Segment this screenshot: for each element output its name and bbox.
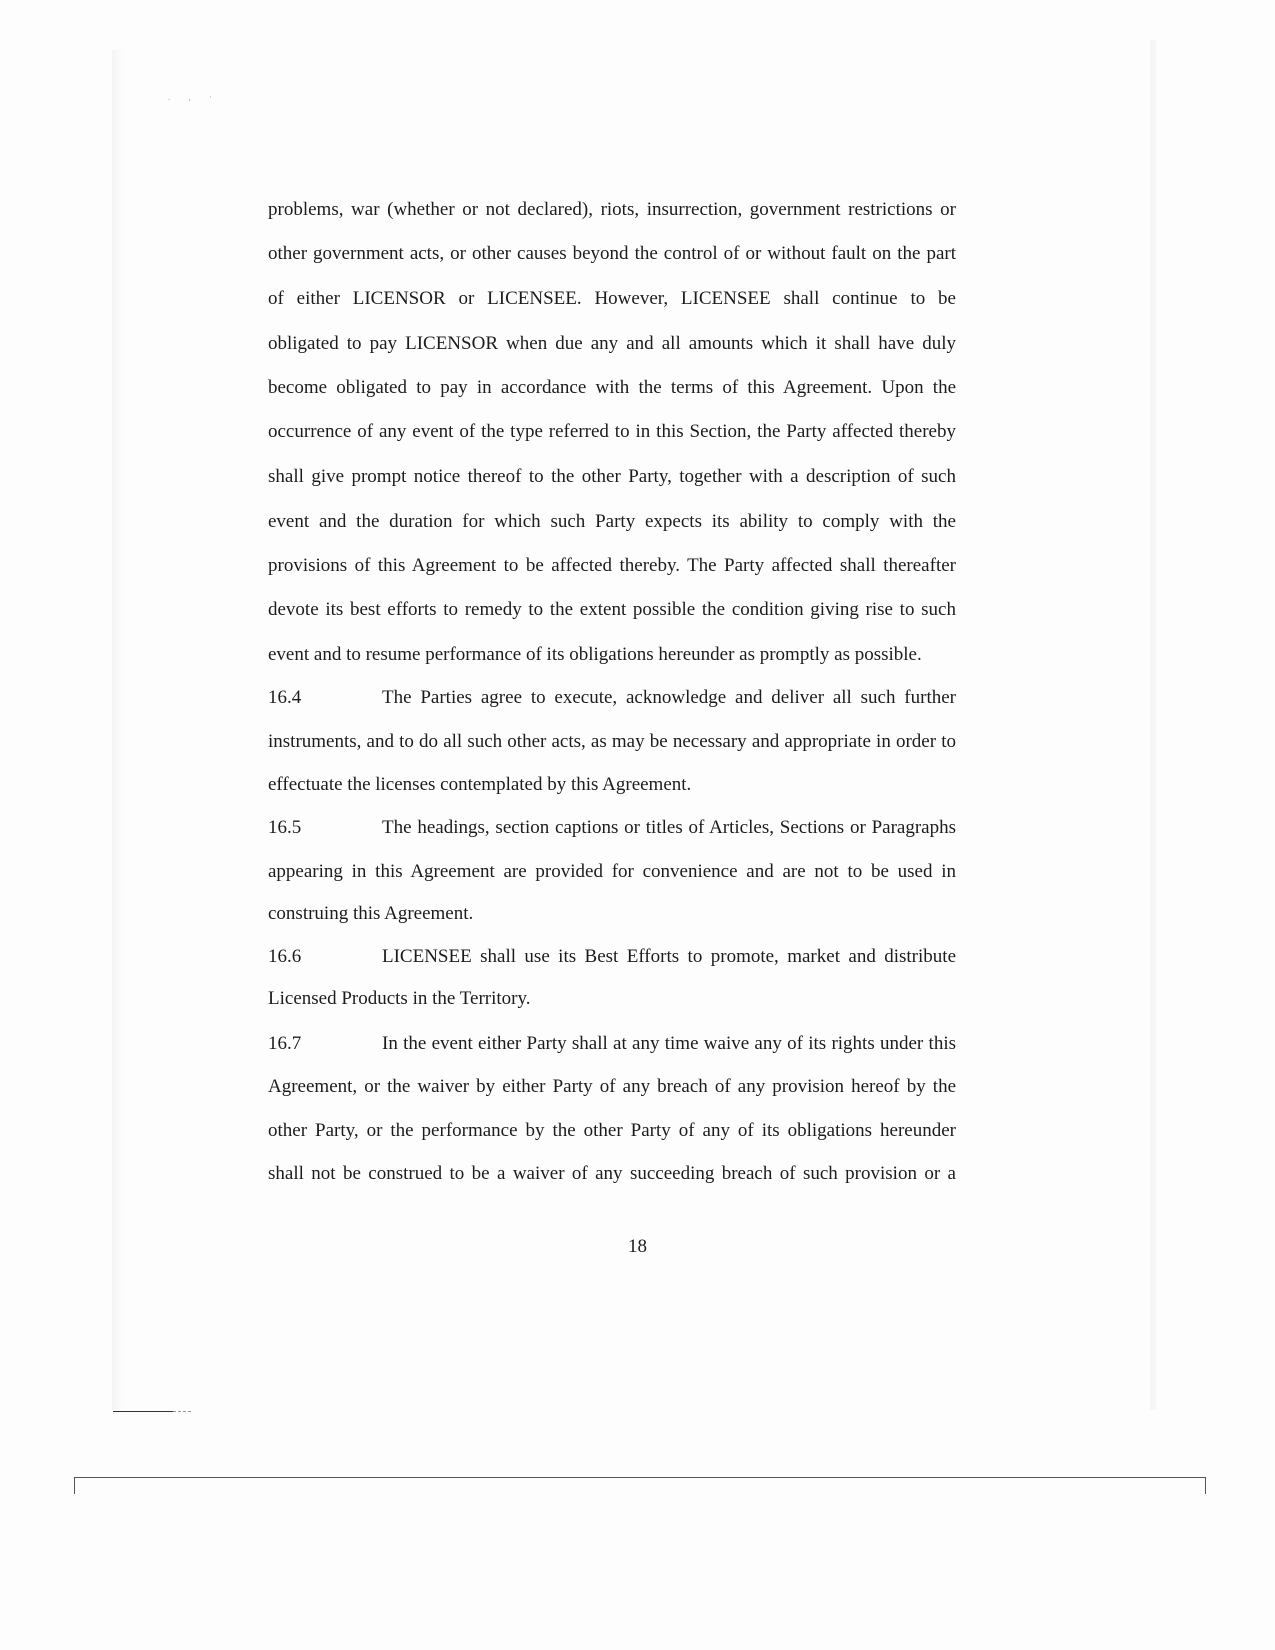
- footnote-rule: [113, 1411, 173, 1412]
- text-line: Licensed Products in the Territory.: [268, 987, 956, 1011]
- text-line: event and to resume performance of its o…: [268, 643, 956, 667]
- text-line: event and the duration for which such Pa…: [268, 510, 956, 534]
- text-line: Agreement, or the waiver by either Party…: [268, 1075, 956, 1099]
- text-line: instruments, and to do all such other ac…: [268, 730, 956, 754]
- text-line: other government acts, or other causes b…: [268, 242, 956, 266]
- text-line: occurrence of any event of the type refe…: [268, 420, 956, 444]
- text-line: The Parties agree to execute, acknowledg…: [382, 686, 956, 710]
- text-line: The headings, section captions or titles…: [382, 816, 956, 840]
- scan-shade-left: [112, 50, 126, 1410]
- section-number: 16.7: [268, 1032, 301, 1056]
- text-line: construing this Agreement.: [268, 902, 956, 926]
- text-line: obligated to pay LICENSOR when due any a…: [268, 332, 956, 356]
- text-line: become obligated to pay in accordance wi…: [268, 376, 956, 400]
- section-number: 16.6: [268, 945, 301, 969]
- page-number: 18: [0, 1236, 1275, 1258]
- scan-specks: . , ·: [168, 92, 220, 102]
- text-line: devote its best efforts to remedy to the…: [268, 598, 956, 622]
- text-line: LICENSEE shall use its Best Efforts to p…: [382, 945, 956, 969]
- section-number: 16.4: [268, 686, 301, 710]
- text-line: In the event either Party shall at any t…: [382, 1032, 956, 1056]
- text-line: problems, war (whether or not declared),…: [268, 198, 956, 222]
- scan-frame-bracket: [74, 1477, 1206, 1494]
- text-line: of either LICENSOR or LICENSEE. However,…: [268, 287, 956, 311]
- text-line: provisions of this Agreement to be affec…: [268, 554, 956, 578]
- text-line: shall not be construed to be a waiver of…: [268, 1162, 956, 1186]
- text-line: appearing in this Agreement are provided…: [268, 860, 956, 884]
- text-line: effectuate the licenses contemplated by …: [268, 773, 956, 797]
- footnote-rule-tail: [173, 1411, 191, 1412]
- section-number: 16.5: [268, 816, 301, 840]
- text-line: shall give prompt notice thereof to the …: [268, 465, 956, 489]
- scan-shade-right: [1150, 40, 1156, 1410]
- text-line: other Party, or the performance by the o…: [268, 1119, 956, 1143]
